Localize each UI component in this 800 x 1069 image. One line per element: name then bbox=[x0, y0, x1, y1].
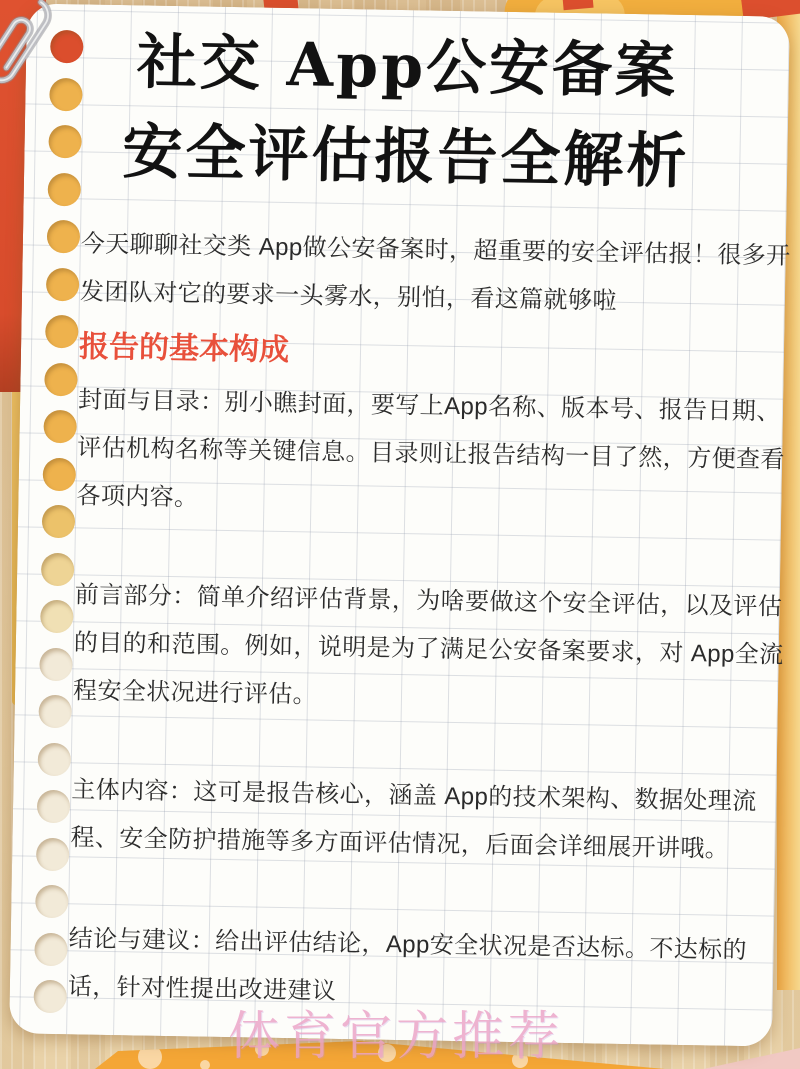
punch-hole bbox=[40, 600, 74, 634]
punch-hole bbox=[37, 790, 71, 824]
punch-hole bbox=[44, 362, 78, 396]
punch-hole bbox=[38, 742, 72, 776]
ribbon-dot bbox=[138, 1045, 162, 1069]
paragraph-preface: 前言部分：简单介绍评估背景，为啥要做这个安全评估，以及评估 的目的和范围。例如，… bbox=[73, 571, 775, 727]
intro-paragraph: 今天聊聊社交类 App做公安备案时，超重要的安全评估报！很多开 发团队对它的要求… bbox=[80, 220, 782, 328]
punch-hole bbox=[38, 695, 72, 729]
page-title-line2: 安全评估报告全解析 bbox=[24, 105, 788, 208]
punch-hole bbox=[45, 315, 79, 349]
note-scene: 社交 App公安备案 安全评估报告全解析 今天聊聊社交类 App做公安备案时，超… bbox=[0, 0, 800, 1069]
watermark-text: 体育官方推荐 bbox=[228, 994, 564, 1069]
paragraph-cover-and-toc: 封面与目录：别小瞧封面，要写上App名称、版本号、报告日期、 评估机构名称等关键… bbox=[76, 376, 778, 532]
ribbon-dot bbox=[200, 1060, 210, 1069]
punch-hole bbox=[35, 885, 69, 919]
punch-hole bbox=[43, 457, 77, 491]
punch-hole bbox=[46, 267, 80, 301]
section-heading: 报告的基本构成 bbox=[79, 327, 290, 371]
notebook-paper: 社交 App公安备案 安全评估报告全解析 今天聊聊社交类 App做公安备案时，超… bbox=[9, 3, 790, 1046]
punch-hole bbox=[39, 647, 73, 681]
paragraph-main-content: 主体内容：这可是报告核心，涵盖 App的技术架构、数据处理流 程、安全防护措施等… bbox=[70, 766, 772, 874]
punch-hole bbox=[36, 837, 70, 871]
punch-hole bbox=[47, 220, 81, 254]
punch-hole bbox=[41, 552, 75, 586]
page-title: 社交 App公安备案 安全评估报告全解析 bbox=[24, 15, 790, 208]
punch-hole bbox=[43, 410, 77, 444]
punch-hole bbox=[42, 505, 76, 539]
page-title-line1: 社交 App公安备案 bbox=[25, 15, 789, 118]
punch-hole bbox=[34, 932, 68, 966]
punch-hole bbox=[33, 980, 67, 1014]
